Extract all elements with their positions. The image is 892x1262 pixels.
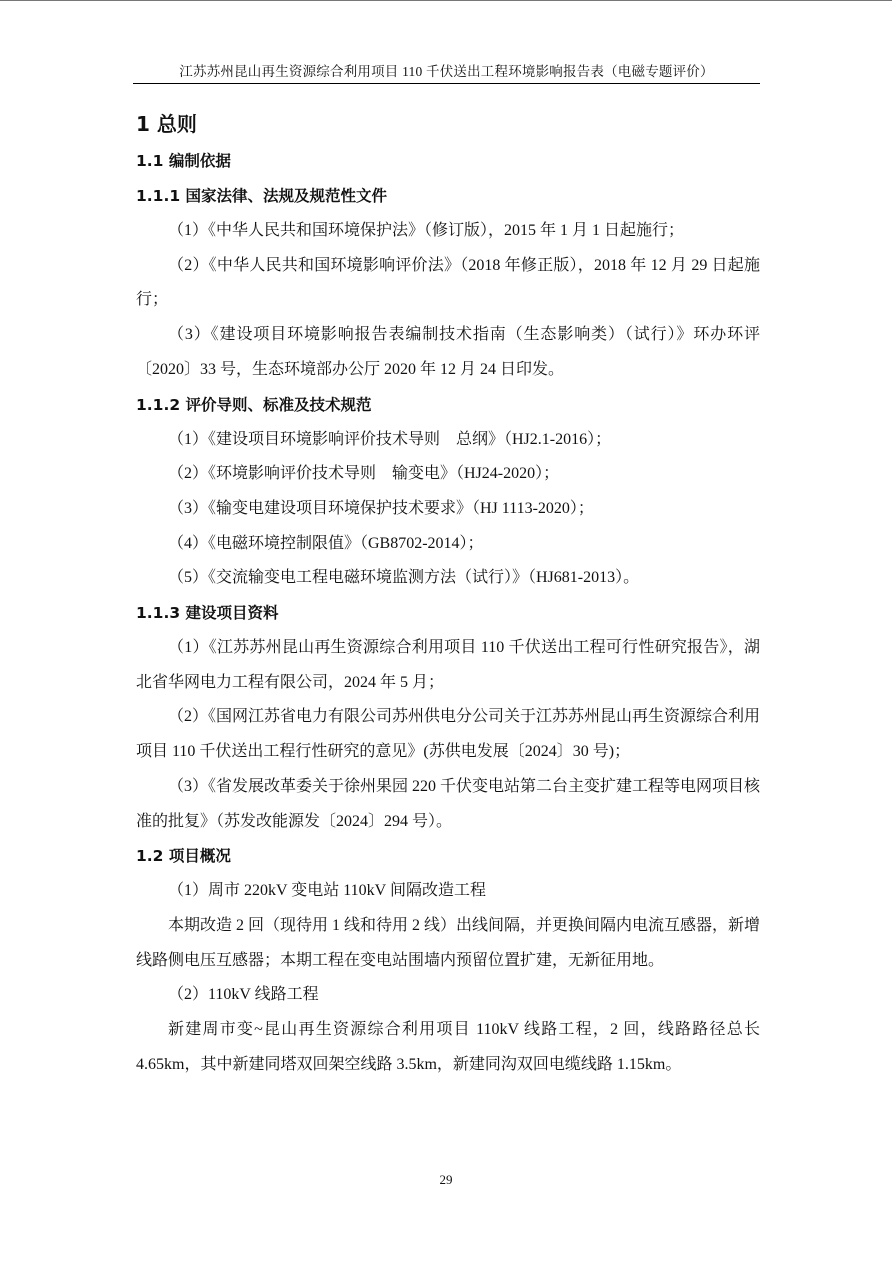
page-top-border [0, 0, 892, 1]
overview-subheading-2: （2）110kV 线路工程 [136, 978, 760, 1013]
heading-1-1: 1.1 编制依据 [136, 144, 760, 179]
page-body: 1 总则 1.1 编制依据 1.1.1 国家法律、法规及规范性文件 （1）《中华… [136, 104, 760, 1082]
law-item-1: （1）《中华人民共和国环境保护法》（修订版），2015 年 1 月 1 日起施行… [136, 214, 760, 249]
running-header: 江苏苏州昆山再生资源综合利用项目 110 千伏送出工程环境影响报告表（电磁专题评… [133, 62, 760, 82]
law-item-2: （2）《中华人民共和国环境影响评价法》（2018 年修正版），2018 年 12… [136, 249, 760, 318]
standard-item-4: （4）《电磁环境控制限值》（GB8702-2014）； [136, 527, 760, 562]
heading-1-1-2: 1.1.2 评价导则、标准及技术规范 [136, 388, 760, 423]
law-item-3: （3）《建设项目环境影响报告表编制技术指南（生态影响类）（试行）》环办环评〔20… [136, 318, 760, 387]
heading-chapter-1: 1 总则 [136, 104, 760, 144]
project-doc-item-3: （3）《省发展改革委关于徐州果园 220 千伏变电站第二台主变扩建工程等电网项目… [136, 770, 760, 839]
heading-1-1-3: 1.1.3 建设项目资料 [136, 596, 760, 631]
heading-1-2: 1.2 项目概况 [136, 839, 760, 874]
header-rule [133, 83, 760, 84]
project-doc-item-2: （2）《国网江苏省电力有限公司苏州供电分公司关于江苏苏州昆山再生资源综合利用项目… [136, 700, 760, 769]
standard-item-2: （2）《环境影响评价技术导则 输变电》（HJ24-2020）； [136, 457, 760, 492]
page-number: 29 [0, 1172, 892, 1188]
overview-paragraph-1: 本期改造 2 回（现待用 1 线和待用 2 线）出线间隔，并更换间隔内电流互感器… [136, 909, 760, 978]
standard-item-1: （1）《建设项目环境影响评价技术导则 总纲》（HJ2.1-2016）； [136, 423, 760, 458]
overview-paragraph-2: 新建周市变~昆山再生资源综合利用项目 110kV 线路工程，2 回，线路路径总长… [136, 1013, 760, 1082]
standard-item-5: （5）《交流输变电工程电磁环境监测方法（试行）》（HJ681-2013）。 [136, 561, 760, 596]
overview-subheading-1: （1）周市 220kV 变电站 110kV 间隔改造工程 [136, 874, 760, 909]
project-doc-item-1: （1）《江苏苏州昆山再生资源综合利用项目 110 千伏送出工程可行性研究报告》，… [136, 631, 760, 700]
heading-1-1-1: 1.1.1 国家法律、法规及规范性文件 [136, 179, 760, 214]
standard-item-3: （3）《输变电建设项目环境保护技术要求》（HJ 1113-2020）； [136, 492, 760, 527]
